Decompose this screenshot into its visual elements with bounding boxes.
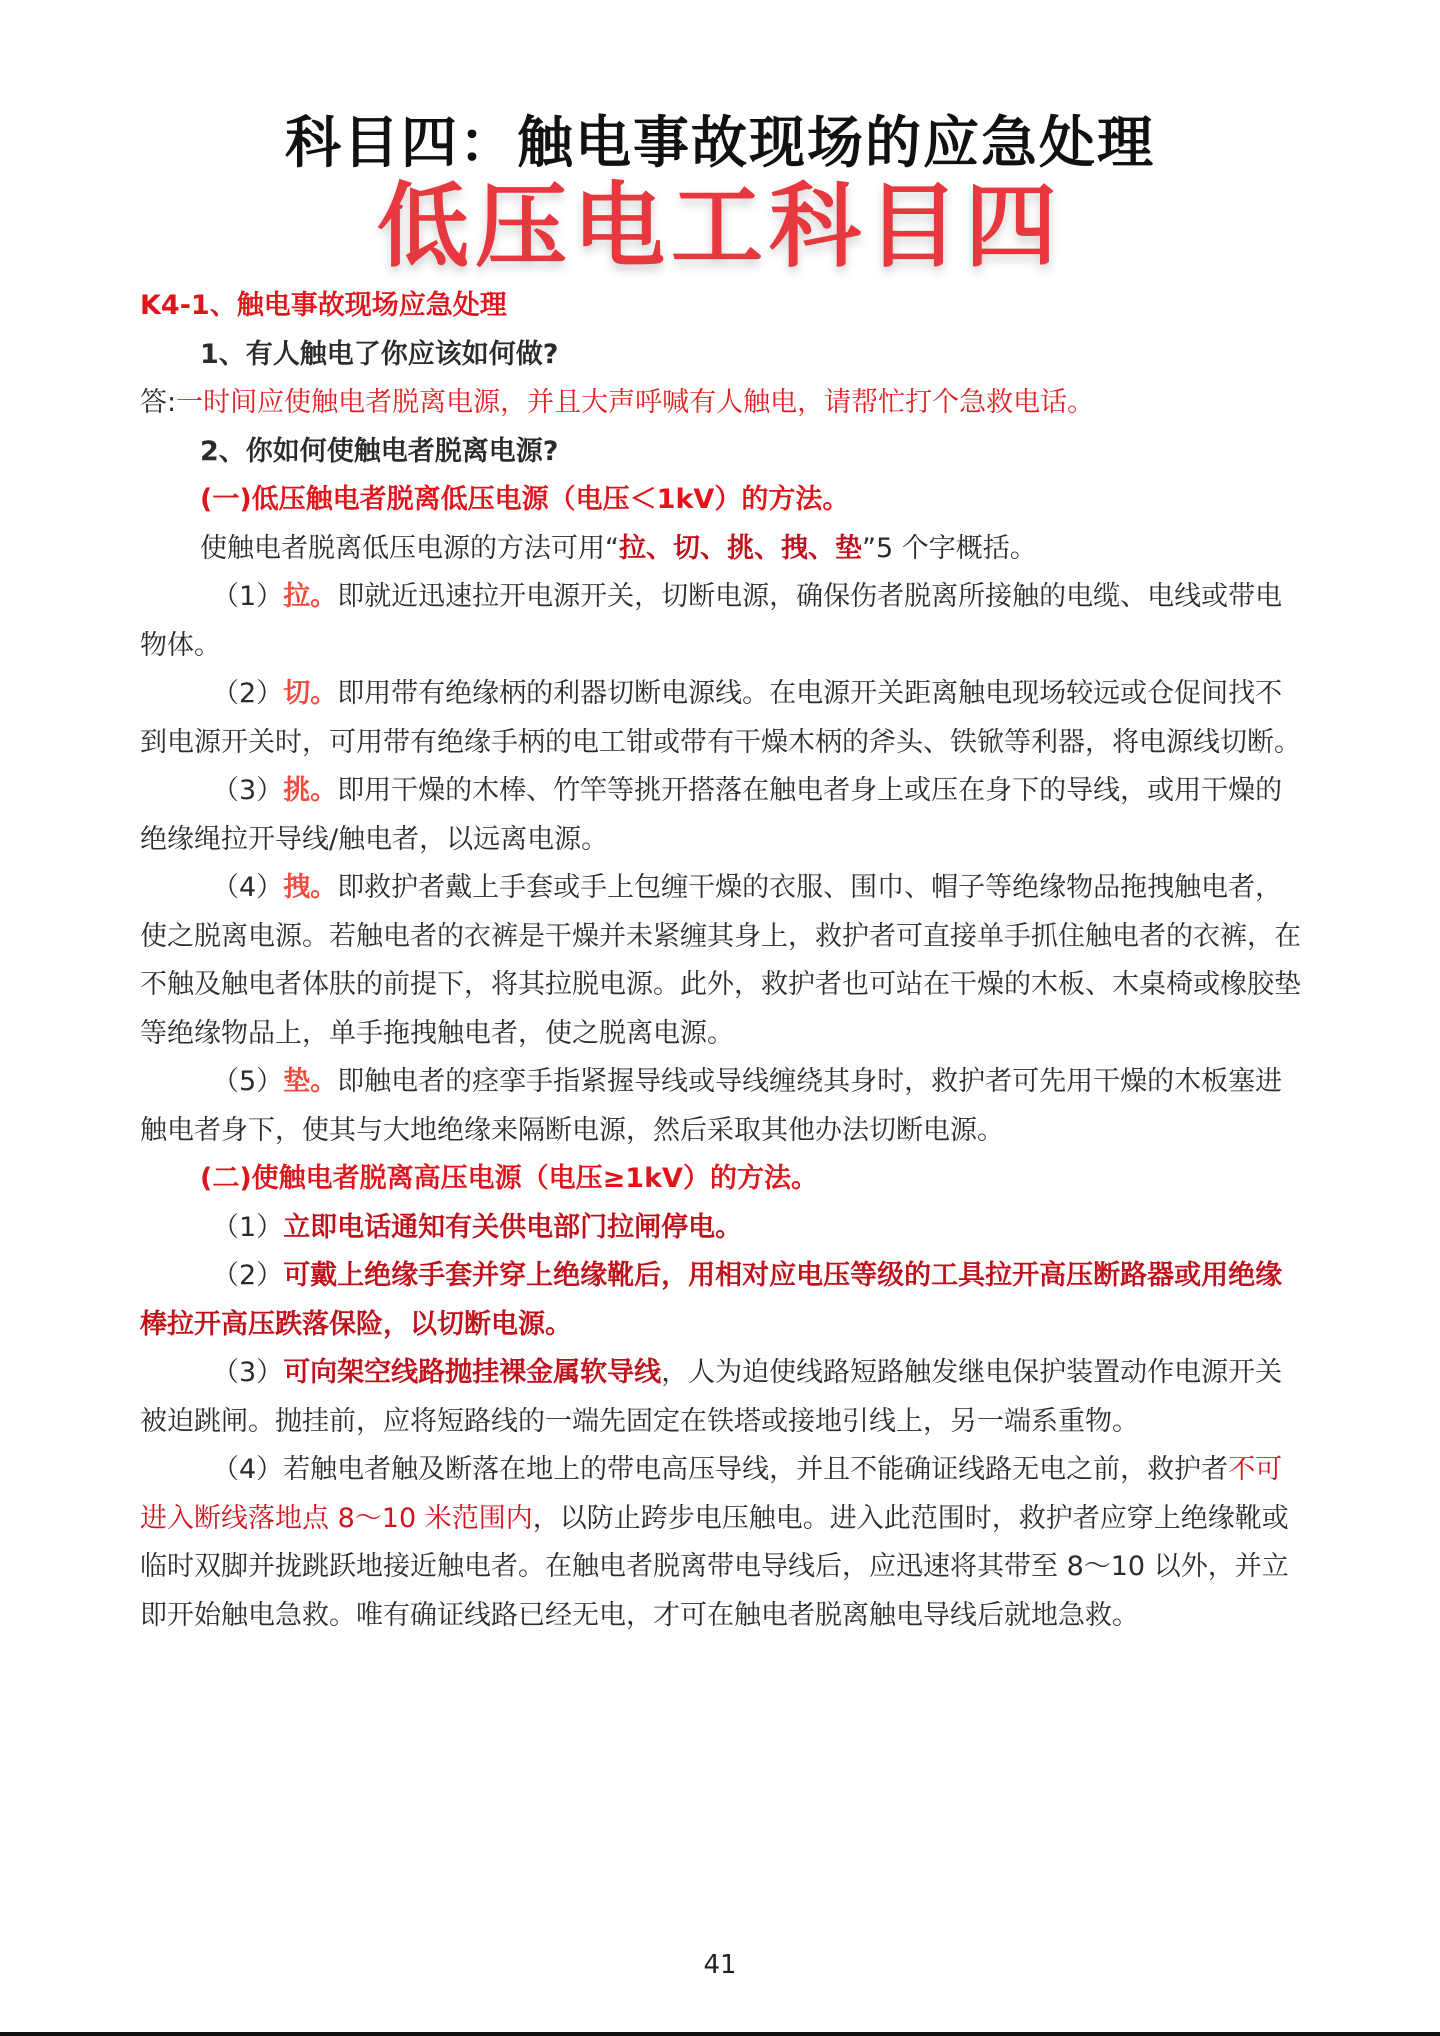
intro-text: 使触电者脱离低压电源的方法可用“: [200, 533, 619, 564]
hv-method-4: （4）若触电者触及断落在地上的带电高压导线，并且不能确证线路无电之前，救护者不可…: [140, 1446, 1305, 1640]
item-highlight: 可戴上绝缘手套并穿上绝缘靴后，用相对应电压等级的工具拉开高压断路器或用绝缘棒拉开…: [140, 1260, 1282, 1340]
section-heading: K4-1、触电事故现场应急处理: [140, 282, 1305, 331]
item-keyword: 拽。: [283, 872, 337, 903]
hv-method-3: （3）可向架空线路抛挂裸金属软导线，人为迫使线路短路触发继电保护装置动作电源开关…: [140, 1349, 1305, 1446]
method-zhuai: （4）拽。即救护者戴上手套或手上包缠干燥的衣服、围巾、帽子等绝缘物品拖拽触电者，…: [140, 864, 1305, 1058]
item-keyword: 拉。: [283, 581, 337, 612]
item-keyword: 挑。: [283, 775, 337, 806]
method-dian: （5）垫。即触电者的痉挛手指紧握导线或导线缠绕其身时，救护者可先用干燥的木板塞进…: [140, 1058, 1305, 1155]
method-la: （1）拉。即就近迅速拉开电源开关，切断电源，确保伤者脱离所接触的电缆、电线或带电…: [140, 573, 1305, 670]
item-number: （1）: [212, 581, 283, 612]
item-number: （2）: [212, 1260, 283, 1291]
answer-text: 一时间应使触电者脱离电源，并且大声呼喊有人触电，请帮忙打个急救电话。: [176, 387, 1094, 418]
answer-label: 答:: [140, 387, 176, 418]
part2-heading: (二)使触电者脱离高压电源（电压≥1kV）的方法。: [140, 1155, 1305, 1204]
item-highlight: 立即电话通知有关供电部门拉闸停电。: [283, 1212, 742, 1243]
hv-method-1: （1）立即电话通知有关供电部门拉闸停电。: [140, 1204, 1305, 1253]
intro-keywords: 拉、切、挑、拽、垫: [619, 533, 862, 564]
item-number: （3）: [212, 1357, 283, 1388]
document-body: K4-1、触电事故现场应急处理 1、有人触电了你应该如何做? 答:一时间应使触电…: [140, 282, 1305, 1640]
item-keyword: 切。: [283, 678, 337, 709]
answer-1: 答:一时间应使触电者脱离电源，并且大声呼喊有人触电，请帮忙打个急救电话。: [140, 379, 1305, 428]
page-subtitle: 低压电工科目四: [0, 172, 1440, 282]
item-number: （5）: [212, 1066, 283, 1097]
item-number: （3）: [212, 775, 283, 806]
method-tiao: （3）挑。即用干燥的木棒、竹竿等挑开搭落在触电者身上或压在身下的导线，或用干燥的…: [140, 767, 1305, 864]
hv-method-2: （2）可戴上绝缘手套并穿上绝缘靴后，用相对应电压等级的工具拉开高压断路器或用绝缘…: [140, 1252, 1305, 1349]
document-page: 科目四：触电事故现场的应急处理 低压电工科目四 K4-1、触电事故现场应急处理 …: [0, 0, 1440, 2030]
item-keyword: 垫。: [283, 1066, 337, 1097]
method-qie: （2）切。即用带有绝缘柄的利器切断电源线。在电源开关距离触电现场较远或仓促间找不…: [140, 670, 1305, 767]
question-2: 2、你如何使触电者脱离电源?: [140, 428, 1305, 477]
intro-text-end: ”5 个字概括。: [862, 533, 1037, 564]
page-title: 科目四：触电事故现场的应急处理: [0, 108, 1440, 180]
item-number: （1）: [212, 1212, 283, 1243]
part1-intro: 使触电者脱离低压电源的方法可用“拉、切、挑、拽、垫”5 个字概括。: [140, 525, 1305, 574]
part1-heading: (一)低压触电者脱离低压电源（电压＜1kV）的方法。: [140, 476, 1305, 525]
item-number: （4）: [212, 872, 283, 903]
question-1: 1、有人触电了你应该如何做?: [140, 331, 1305, 380]
bottom-border: [0, 2032, 1440, 2036]
item-number: （4）: [212, 1454, 283, 1485]
item-text-pre: 若触电者触及断落在地上的带电高压导线，并且不能确证线路无电之前，救护者: [283, 1454, 1228, 1485]
item-number: （2）: [212, 678, 283, 709]
page-number: 41: [0, 1950, 1440, 1980]
item-highlight: 可向架空线路抛挂裸金属软导线: [283, 1357, 661, 1388]
